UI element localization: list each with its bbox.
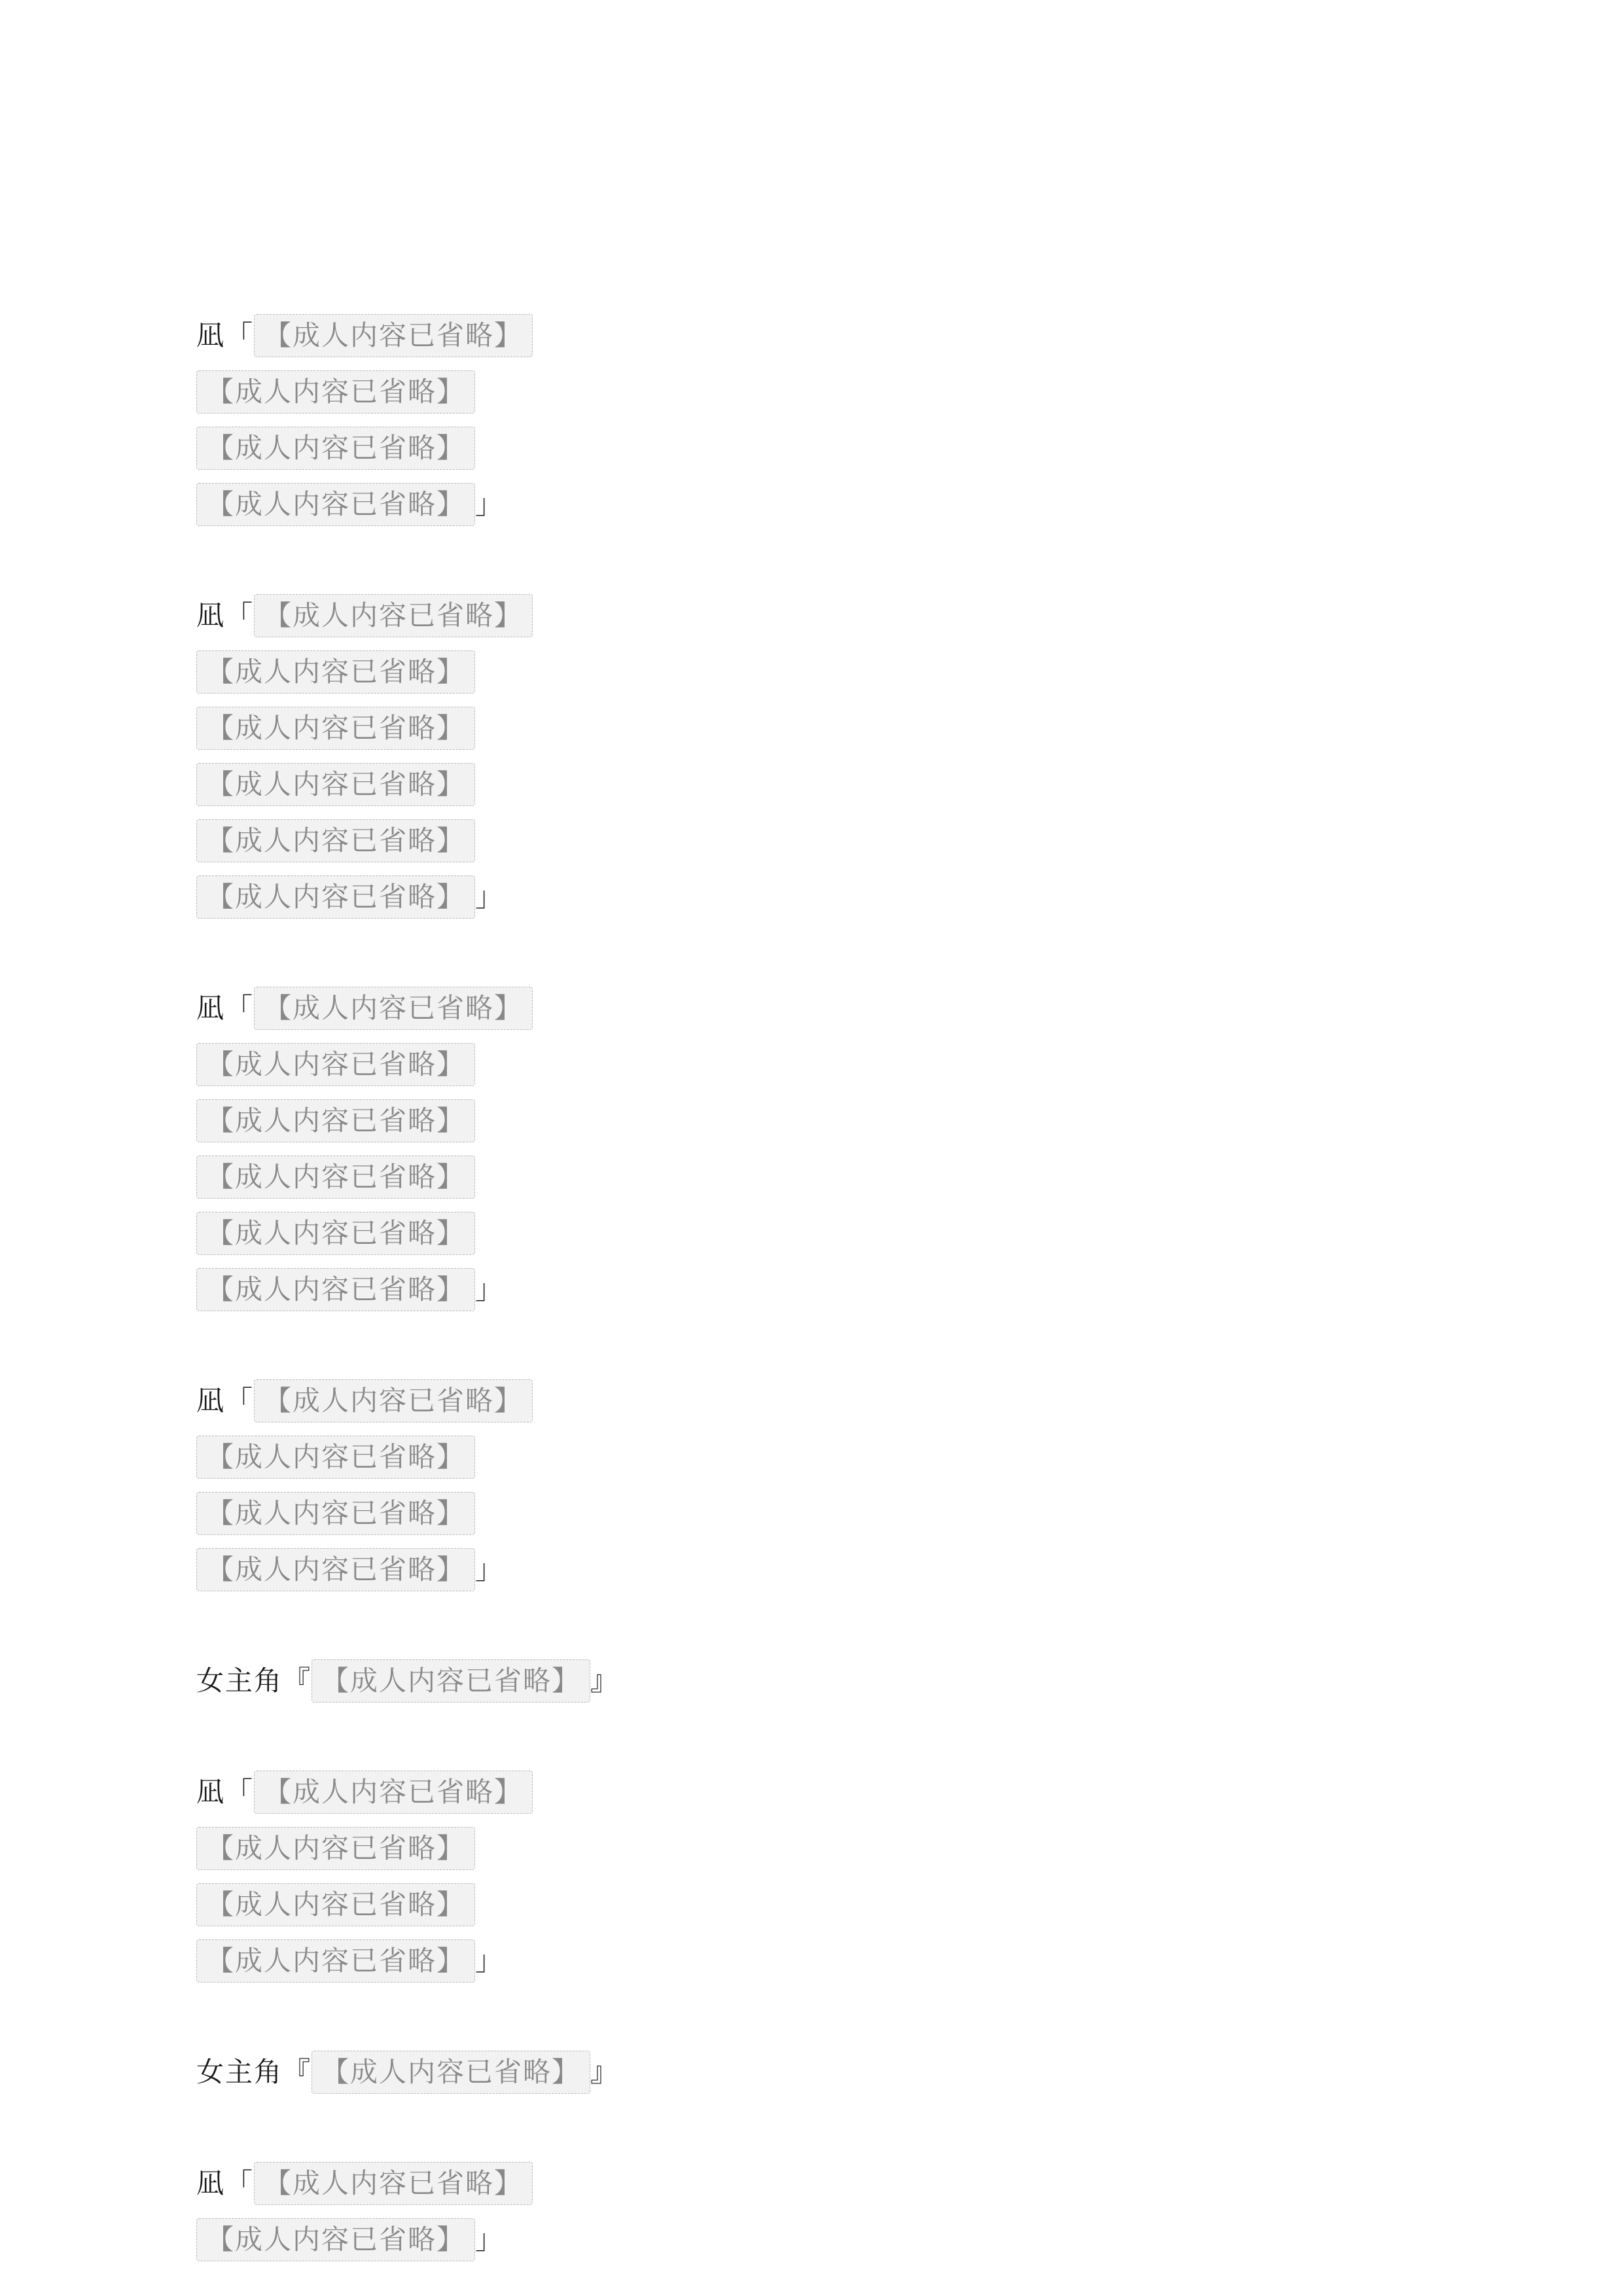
close-quote: 」 [475,488,504,520]
close-quote: 』 [590,1665,619,1697]
redacted-text: 【成人内容已省略】 [254,594,533,637]
dialogue-line: 【成人内容已省略】」 [196,1542,1427,1598]
dialogue-line: 【成人内容已省略】 [196,1149,1427,1205]
close-quote: 」 [475,1945,504,1977]
close-quote: 」 [475,1273,504,1305]
speaker-label: 凪「 [196,1385,254,1417]
dialogue-line: 【成人内容已省略】 [196,1877,1427,1933]
close-quote: 」 [475,2223,504,2255]
dialogue-block: 凪「【成人内容已省略】【成人内容已省略】【成人内容已省略】【成人内容已省略】【成… [196,588,1427,925]
dialogue-line: 凪「【成人内容已省略】 [196,308,1427,364]
dialogue-line: 凪「【成人内容已省略】 [196,980,1427,1036]
redacted-text: 【成人内容已省略】 [254,314,533,357]
dialogue-line: 【成人内容已省略】」 [196,2212,1427,2268]
dialogue-line: 凪「【成人内容已省略】 [196,1764,1427,1820]
dialogue-line: 凪「【成人内容已省略】 [196,2155,1427,2212]
redacted-text: 【成人内容已省略】 [196,427,475,470]
dialogue-line: 【成人内容已省略】 [196,644,1427,700]
dialogue-block: 凪「【成人内容已省略】【成人内容已省略】【成人内容已省略】【成人内容已省略】」 [196,1373,1427,1598]
dialogue-line: 【成人内容已省略】」 [196,476,1427,533]
redacted-text: 【成人内容已省略】 [196,1099,475,1142]
redacted-text: 【成人内容已省略】 [196,650,475,694]
dialogue-line: 【成人内容已省略】」 [196,1262,1427,1318]
redacted-text: 【成人内容已省略】 [312,2051,590,2094]
redacted-text: 【成人内容已省略】 [196,1156,475,1199]
dialogue-line: 凪「【成人内容已省略】 [196,588,1427,644]
speaker-label: 凪「 [196,992,254,1024]
redacted-text: 【成人内容已省略】 [196,1492,475,1535]
dialogue-block: 凪「【成人内容已省略】【成人内容已省略】【成人内容已省略】【成人内容已省略】」 [196,308,1427,533]
redacted-text: 【成人内容已省略】 [196,483,475,526]
dialogue-line: 【成人内容已省略】 [196,700,1427,756]
dialogue-line: 【成人内容已省略】 [196,813,1427,869]
speaker-label: 凪「 [196,1776,254,1808]
redacted-text: 【成人内容已省略】 [196,370,475,414]
redacted-text: 【成人内容已省略】 [196,1212,475,1255]
redacted-text: 【成人内容已省略】 [254,987,533,1030]
dialogue-block: 凪「【成人内容已省略】【成人内容已省略】【成人内容已省略】【成人内容已省略】【成… [196,980,1427,1318]
dialogue-line: 【成人内容已省略】 [196,364,1427,420]
dialogue-line: 【成人内容已省略】」 [196,1933,1427,1989]
redacted-text: 【成人内容已省略】 [196,707,475,750]
dialogue-line: 【成人内容已省略】 [196,1820,1427,1877]
dialogue-line: 【成人内容已省略】 [196,1429,1427,1485]
redacted-text: 【成人内容已省略】 [196,1883,475,1926]
dialogue-line: 【成人内容已省略】 [196,1485,1427,1542]
script-body: 凪「【成人内容已省略】【成人内容已省略】【成人内容已省略】【成人内容已省略】」凪… [196,308,1427,2268]
redacted-text: 【成人内容已省略】 [254,2162,533,2205]
redacted-text: 【成人内容已省略】 [196,1939,475,1983]
dialogue-line: 【成人内容已省略】」 [196,869,1427,925]
redacted-text: 【成人内容已省略】 [312,1659,590,1703]
redacted-text: 【成人内容已省略】 [196,1827,475,1870]
close-quote: 」 [475,1553,504,1585]
redacted-text: 【成人内容已省略】 [254,1379,533,1422]
speaker-label: 女主角『 [196,1665,312,1697]
document-page: 凪「【成人内容已省略】【成人内容已省略】【成人内容已省略】【成人内容已省略】」凪… [0,0,1623,2296]
dialogue-line: 【成人内容已省略】 [196,756,1427,813]
redacted-text: 【成人内容已省略】 [254,1771,533,1814]
speaker-label: 凪「 [196,2167,254,2199]
dialogue-block: 女主角『【成人内容已省略】』 [196,1653,1427,1709]
redacted-text: 【成人内容已省略】 [196,819,475,862]
redacted-text: 【成人内容已省略】 [196,763,475,806]
speaker-label: 凪「 [196,319,254,351]
dialogue-block: 凪「【成人内容已省略】【成人内容已省略】」 [196,2155,1427,2268]
redacted-text: 【成人内容已省略】 [196,1548,475,1591]
redacted-text: 【成人内容已省略】 [196,875,475,919]
dialogue-line: 女主角『【成人内容已省略】』 [196,1653,1427,1709]
redacted-text: 【成人内容已省略】 [196,2218,475,2261]
dialogue-line: 【成人内容已省略】 [196,1205,1427,1262]
close-quote: 』 [590,2056,619,2088]
dialogue-line: 女主角『【成人内容已省略】』 [196,2044,1427,2100]
dialogue-line: 【成人内容已省略】 [196,420,1427,476]
dialogue-line: 【成人内容已省略】 [196,1036,1427,1093]
dialogue-line: 凪「【成人内容已省略】 [196,1373,1427,1429]
close-quote: 」 [475,881,504,913]
dialogue-line: 【成人内容已省略】 [196,1093,1427,1149]
redacted-text: 【成人内容已省略】 [196,1436,475,1479]
redacted-text: 【成人内容已省略】 [196,1043,475,1086]
speaker-label: 女主角『 [196,2056,312,2088]
dialogue-block: 女主角『【成人内容已省略】』 [196,2044,1427,2100]
redacted-text: 【成人内容已省略】 [196,1268,475,1311]
dialogue-block: 凪「【成人内容已省略】【成人内容已省略】【成人内容已省略】【成人内容已省略】」 [196,1764,1427,1989]
speaker-label: 凪「 [196,599,254,631]
